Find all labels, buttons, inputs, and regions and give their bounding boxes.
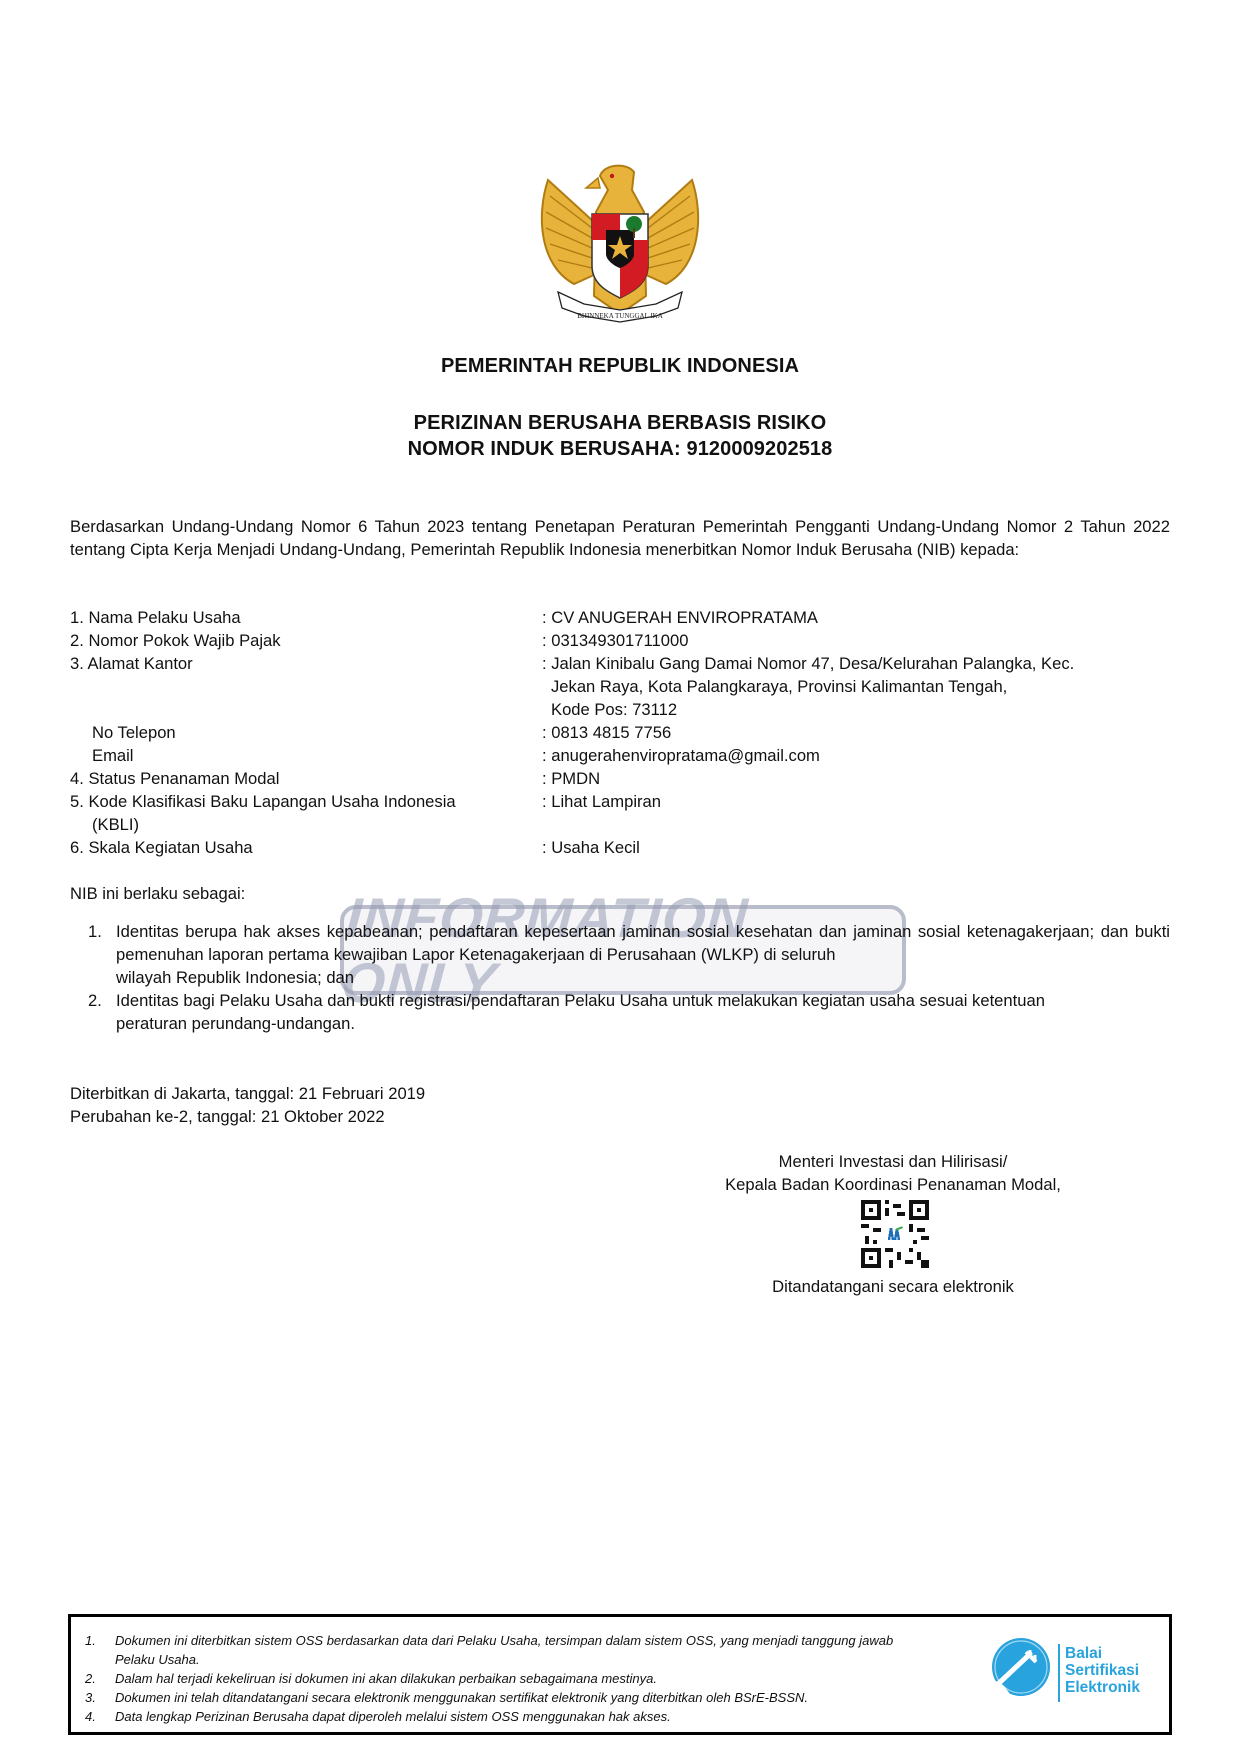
value-phone: : 0813 4815 7756	[542, 721, 1162, 744]
label-business-name: 1. Nama Pelaku Usaha	[70, 606, 241, 629]
value-kbli: : Lihat Lampiran	[542, 790, 1162, 813]
label-kbli-abbr: (KBLI)	[92, 813, 139, 836]
label-business-scale: 6. Skala Kegiatan Usaha	[70, 836, 253, 859]
value-office-address-line3: Kode Pos: 73112	[551, 698, 1171, 721]
value-business-name: : CV ANUGERAH ENVIROPRATAMA	[542, 606, 1162, 629]
label-phone: No Telepon	[92, 721, 176, 744]
signatory-title-line2: Kepala Badan Koordinasi Penanaman Modal,	[650, 1173, 1136, 1196]
value-investment-status: : PMDN	[542, 767, 1162, 790]
value-business-scale: : Usaha Kecil	[542, 836, 1162, 859]
label-office-address: 3. Alamat Kantor	[70, 652, 193, 675]
validity-item-1: 1. Identitas berupa hak akses kepabeanan…	[88, 920, 1170, 989]
label-tax-id: 2. Nomor Pokok Wajib Pajak	[70, 629, 281, 652]
validity-heading: NIB ini berlaku sebagai:	[70, 884, 245, 904]
value-office-address-line2: Jekan Raya, Kota Palangkaraya, Provinsi …	[551, 675, 1171, 698]
value-tax-id: : 031349301711000	[542, 629, 1162, 652]
value-office-address-line1: : Jalan Kinibalu Gang Damai Nomor 47, De…	[542, 652, 1162, 675]
garuda-emblem-icon: BHINNEKA TUNGGAL IKA	[534, 156, 706, 332]
value-email: : anugerahenviropratama@gmail.com	[542, 744, 1162, 767]
intro-paragraph: Berdasarkan Undang-Undang Nomor 6 Tahun …	[70, 515, 1170, 561]
document-title: PERIZINAN BERUSAHA BERBASIS RISIKO	[0, 412, 1240, 435]
signatory-title-line1: Menteri Investasi dan Hilirisasi/	[650, 1150, 1136, 1173]
label-email: Email	[92, 744, 134, 767]
nib-number-heading: NOMOR INDUK BERUSAHA: 9120009202518	[0, 438, 1240, 461]
bsre-wordmark: Balai Sertifikasi Elektronik	[1065, 1645, 1140, 1696]
label-kbli: 5. Kode Klasifikasi Baku Lapangan Usaha …	[70, 790, 456, 813]
government-heading: PEMERINTAH REPUBLIK INDONESIA	[0, 355, 1240, 378]
qr-code-icon	[861, 1200, 929, 1268]
bsre-divider	[1058, 1644, 1060, 1702]
validity-item-2: 2. Identitas bagi Pelaku Usaha dan bukti…	[88, 989, 1170, 1035]
amendment-date: Perubahan ke-2, tanggal: 21 Oktober 2022	[70, 1105, 385, 1128]
svg-text:BHINNEKA TUNGGAL IKA: BHINNEKA TUNGGAL IKA	[577, 312, 663, 320]
electronically-signed-note: Ditandatangani secara elektronik	[650, 1275, 1136, 1298]
issued-date: Diterbitkan di Jakarta, tanggal: 21 Febr…	[70, 1082, 425, 1105]
bsre-logo-icon	[990, 1636, 1052, 1703]
label-investment-status: 4. Status Penanaman Modal	[70, 767, 279, 790]
